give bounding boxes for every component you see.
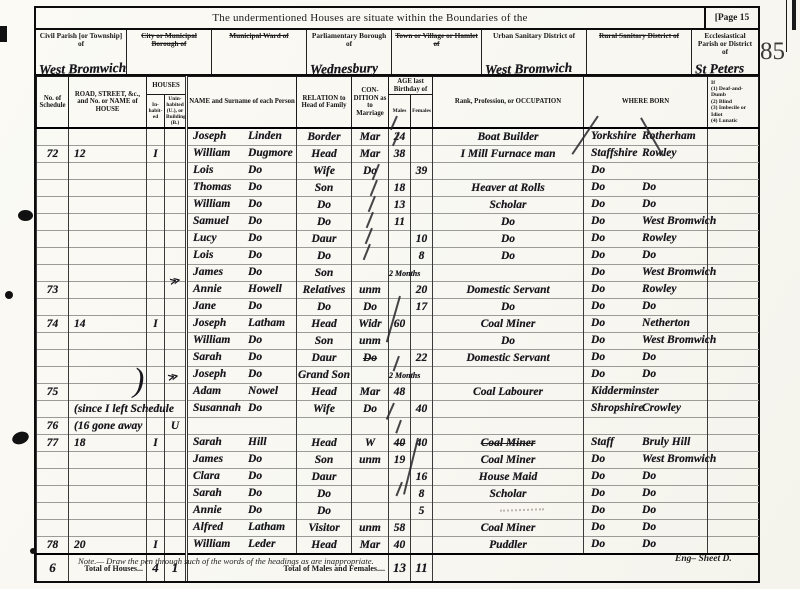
cell-infirmity	[708, 435, 759, 452]
header-relation: RELATION to Head of Family	[297, 77, 352, 129]
district-handwritten-value: St Peters	[695, 60, 745, 77]
table-row: 73 AnnieHowell Relatives unm 20 Domestic…	[37, 282, 759, 299]
cell-age-male	[389, 350, 411, 367]
district-cell: Civil Parish [or Township] of West Bromw…	[36, 30, 126, 74]
cell-infirmity	[708, 197, 759, 214]
ink-blob	[0, 26, 7, 42]
cell-name: JosephLatham	[187, 316, 297, 333]
cell-road: 20	[69, 537, 147, 555]
header-condition: CON-DITION as to Marriage	[352, 77, 389, 129]
cell-name: AlfredLatham	[187, 520, 297, 537]
cell-schedule	[37, 197, 69, 214]
cell-relation: Son	[297, 452, 352, 469]
cell-schedule	[37, 231, 69, 248]
district-label: Civil Parish [or Township] of	[36, 32, 126, 48]
cell-inhabited: I	[147, 146, 165, 163]
cell-schedule	[37, 503, 69, 520]
sheet-label: Eng– Sheet D.	[675, 554, 732, 564]
cell-name: WilliamDugmore	[187, 146, 297, 163]
cell-schedule	[37, 452, 69, 469]
cell-inhabited	[147, 401, 165, 418]
cell-where-born: DoDo	[584, 248, 708, 265]
cell-where-born: DoNetherton	[584, 316, 708, 333]
cell-infirmity	[708, 520, 759, 537]
cell-age-female	[411, 418, 433, 435]
cell-age-male	[389, 299, 411, 316]
table-row: 72 12 I WilliamDugmore Head Mar 38 I Mil…	[37, 146, 759, 163]
cell-age-female	[411, 316, 433, 333]
cell-where-born: DoDo	[584, 299, 708, 316]
cell-relation: Do	[297, 299, 352, 316]
cell-uninhabited	[165, 384, 187, 401]
cell-infirmity	[708, 469, 759, 486]
cell-uninhabited	[165, 520, 187, 537]
cell-road	[69, 452, 147, 469]
cell-occupation: Scholar	[433, 197, 584, 214]
cell-uninhabited	[165, 316, 187, 333]
cell-infirmity	[708, 350, 759, 367]
cell-age-male: 38	[389, 146, 411, 163]
table-row: WilliamDo Son unm Do DoWest Bromwich	[37, 333, 759, 350]
cell-relation: Head	[297, 435, 352, 452]
cell-name: WilliamDo	[187, 197, 297, 214]
cell-uninhabited	[165, 231, 187, 248]
cell-road	[69, 299, 147, 316]
cell-name: JamesDo	[187, 265, 297, 282]
district-label: City or Municipal Borough of	[127, 32, 211, 48]
cell-road	[69, 180, 147, 197]
cell-condition	[352, 486, 389, 503]
cell-age-female: 22	[411, 350, 433, 367]
cell-occupation: Coal Miner	[433, 316, 584, 333]
cell-infirmity	[708, 316, 759, 333]
total-schedules: 6	[37, 554, 69, 581]
cell-uninhabited	[165, 537, 187, 555]
cell-infirmity	[708, 282, 759, 299]
cell-age-male: 48	[389, 384, 411, 401]
cell-occupation: Domestic Servant	[433, 282, 584, 299]
cell-age-female	[411, 146, 433, 163]
cell-uninhabited	[165, 248, 187, 265]
cell-name: JaneDo	[187, 299, 297, 316]
handwritten-brace: )	[133, 366, 144, 396]
table-row: 74 14 I JosephLatham Head Widr 60 Coal M…	[37, 316, 759, 333]
cell-age-male: 58	[389, 520, 411, 537]
cell-road	[69, 333, 147, 350]
cell-uninhabited	[165, 469, 187, 486]
cell-where-born: DoDo	[584, 350, 708, 367]
cell-uninhabited	[165, 214, 187, 231]
cell-occupation	[433, 163, 584, 180]
cell-inhabited	[147, 452, 165, 469]
table-row: ClaraDo Daur 16 House Maid DoDo	[37, 469, 759, 486]
cell-relation: Head	[297, 384, 352, 401]
cell-relation: Wife	[297, 163, 352, 180]
district-cell: Parliamentary Borough of Wednesbury	[306, 30, 391, 74]
cell-uninhabited	[165, 146, 187, 163]
insertion-mark: ≫	[167, 371, 180, 384]
cell-inhabited	[147, 418, 165, 435]
cell-occupation: Domestic Servant	[433, 350, 584, 367]
cell-inhabited	[147, 350, 165, 367]
cell-where-born: DoWest Bromwich	[584, 214, 708, 231]
cell-road	[69, 520, 147, 537]
district-label: Urban Sanitary District of	[482, 32, 586, 40]
cell-name: JosephDo	[187, 367, 297, 384]
cell-relation: Daur	[297, 350, 352, 367]
census-table: No. of Schedule ROAD, STREET, &c., and N…	[36, 76, 759, 581]
cell-condition: unm	[352, 282, 389, 299]
cell-relation: Relatives	[297, 282, 352, 299]
cell-age-female	[411, 367, 433, 384]
cell-age-female: 8	[411, 248, 433, 265]
cell-age-female: 17	[411, 299, 433, 316]
scan-edge-mark	[792, 0, 796, 30]
cell-infirmity	[708, 486, 759, 503]
cell-age-male: 2 Months	[389, 367, 411, 384]
table-row: ThomasDo Son 18 Heaver at Rolls DoDo	[37, 180, 759, 197]
cell-infirmity	[708, 333, 759, 350]
cell-age-male	[389, 231, 411, 248]
table-row: JamesDo Son unm 19 Coal Miner DoWest Bro…	[37, 452, 759, 469]
cell-where-born: Kidderminster	[584, 384, 708, 401]
cell-condition	[352, 265, 389, 282]
cell-relation: Wife	[297, 401, 352, 418]
cell-schedule	[37, 163, 69, 180]
cell-name: AnnieHowell	[187, 282, 297, 299]
cell-relation: Son	[297, 333, 352, 350]
cell-infirmity	[708, 163, 759, 180]
cell-condition: unm	[352, 452, 389, 469]
cell-condition: W	[352, 435, 389, 452]
table-row: (since I left Schedule SusannahDo Wife D…	[37, 401, 759, 418]
cell-age-female	[411, 197, 433, 214]
cell-occupation: Do	[433, 333, 584, 350]
cell-age-female	[411, 384, 433, 401]
cell-where-born: DoWest Bromwich	[584, 333, 708, 350]
cell-inhabited	[147, 248, 165, 265]
cell-schedule	[37, 469, 69, 486]
cell-condition: Mar	[352, 537, 389, 555]
cell-age-female: 20	[411, 282, 433, 299]
cell-name: AnnieDo	[187, 503, 297, 520]
cell-uninhabited	[165, 350, 187, 367]
district-label: Parliamentary Borough of	[307, 32, 391, 48]
header-houses-group: HOUSES	[147, 77, 187, 95]
cell-name: AdamNowel	[187, 384, 297, 401]
footnote: Note.— Draw the pen through such of the …	[78, 556, 374, 566]
cell-uninhabited	[165, 486, 187, 503]
cell-relation: Do	[297, 486, 352, 503]
cell-inhabited	[147, 214, 165, 231]
district-label: Town or Village or Hamlet of	[392, 32, 481, 48]
cell-occupation: Coal Miner	[433, 452, 584, 469]
cell-where-born: DoDo	[584, 537, 708, 555]
cell-relation	[297, 418, 352, 435]
table-row: LucyDo Daur 10 Do DoRowley	[37, 231, 759, 248]
cell-condition: Do	[352, 163, 389, 180]
cell-age-female	[411, 333, 433, 350]
cell-schedule	[37, 180, 69, 197]
cell-schedule	[37, 248, 69, 265]
cell-age-male: 18	[389, 180, 411, 197]
cell-name: JamesDo	[187, 452, 297, 469]
cell-schedule	[37, 401, 69, 418]
insertion-mark: ≫	[169, 275, 182, 288]
cell-infirmity	[708, 146, 759, 163]
cell-schedule: 76	[37, 418, 69, 435]
cell-occupation	[433, 265, 584, 282]
cell-road	[69, 282, 147, 299]
cell-name: SarahDo	[187, 350, 297, 367]
cell-age-male: 40	[389, 537, 411, 555]
cell-where-born	[584, 418, 708, 435]
cell-name: SarahHill	[187, 435, 297, 452]
cell-infirmity	[708, 367, 759, 384]
cell-schedule	[37, 486, 69, 503]
cell-age-male	[389, 503, 411, 520]
cell-age-male	[389, 163, 411, 180]
header-females: Females	[411, 95, 433, 129]
district-label: Ecclesiastical Parish or District of	[692, 32, 758, 56]
cell-road	[69, 503, 147, 520]
cell-uninhabited	[165, 452, 187, 469]
cell-name: LoisDo	[187, 248, 297, 265]
cell-infirmity	[708, 248, 759, 265]
cell-condition	[352, 248, 389, 265]
cell-age-female: 8	[411, 486, 433, 503]
district-cell: City or Municipal Borough of	[126, 30, 211, 74]
page-number-box: [Page 15	[704, 8, 758, 28]
total-males: 13	[389, 554, 411, 581]
paper-background: The undermentioned Houses are situate wi…	[0, 0, 800, 589]
header-infirmity: If (1) Deaf-and-Dumb (2) Blind (3) Imbec…	[708, 77, 759, 129]
cell-condition: Do	[352, 401, 389, 418]
cell-where-born: StaffBruly Hill	[584, 435, 708, 452]
cell-name: SarahDo	[187, 486, 297, 503]
cell-road	[69, 469, 147, 486]
cell-where-born: DoDo	[584, 503, 708, 520]
cell-age-female	[411, 180, 433, 197]
cell-occupation: I Mill Furnace man	[433, 146, 584, 163]
cell-age-male: 13	[389, 197, 411, 214]
cell-road	[69, 248, 147, 265]
cell-age-male: 19	[389, 452, 411, 469]
cell-relation: Head	[297, 146, 352, 163]
cell-where-born: DoRowley	[584, 282, 708, 299]
cell-road	[69, 486, 147, 503]
cell-infirmity	[708, 503, 759, 520]
cell-occupation: House Maid	[433, 469, 584, 486]
header-name: NAME and Surname of each Person	[187, 77, 297, 129]
cell-road: 18	[69, 435, 147, 452]
cell-name: SusannahDo	[187, 401, 297, 418]
cell-name: SamuelDo	[187, 214, 297, 231]
district-handwritten-value: West Bromwich	[39, 60, 127, 78]
header-uninhabited: Unin-habited (U.), or Building (B.)	[165, 95, 187, 129]
cell-occupation: Coal Labourer	[433, 384, 584, 401]
cell-age-female	[411, 537, 433, 555]
cell-relation: Daur	[297, 231, 352, 248]
cell-infirmity	[708, 128, 759, 146]
cell-inhabited: I	[147, 435, 165, 452]
cell-where-born: DoDo	[584, 180, 708, 197]
cell-age-male: 11	[389, 214, 411, 231]
cell-age-female	[411, 214, 433, 231]
header-occupation: Rank, Profession, or OCCUPATION	[433, 77, 584, 129]
cell-schedule	[37, 128, 69, 146]
cell-road: (16 gone away	[69, 418, 147, 435]
cell-inhabited	[147, 180, 165, 197]
cell-name: LucyDo	[187, 231, 297, 248]
cell-inhabited: I	[147, 537, 165, 555]
cell-schedule: 77	[37, 435, 69, 452]
cell-schedule	[37, 265, 69, 282]
ink-blob	[10, 429, 30, 446]
cell-inhabited	[147, 333, 165, 350]
header-where-born: WHERE BORN	[584, 77, 708, 129]
cell-age-female: 5	[411, 503, 433, 520]
column-headers: No. of Schedule ROAD, STREET, &c., and N…	[37, 77, 759, 129]
cell-schedule	[37, 350, 69, 367]
header-road: ROAD, STREET, &c., and No. or NAME of HO…	[69, 77, 147, 129]
ink-blob	[18, 210, 33, 221]
table-row: LoisDo Do 8 Do DoDo	[37, 248, 759, 265]
cell-name: ClaraDo	[187, 469, 297, 486]
cell-relation: Do	[297, 503, 352, 520]
cell-condition: unm	[352, 333, 389, 350]
cell-infirmity	[708, 401, 759, 418]
cell-relation: Border	[297, 128, 352, 146]
cell-where-born: DoDo	[584, 367, 708, 384]
cell-relation: Grand Son	[297, 367, 352, 384]
header-age-group: AGE last Birthday of	[389, 77, 433, 95]
cell-name: WilliamLeder	[187, 537, 297, 555]
cell-infirmity	[708, 452, 759, 469]
cell-schedule	[37, 214, 69, 231]
cell-where-born: DoWest Bromwich	[584, 452, 708, 469]
form-title: The undermentioned Houses are situate wi…	[36, 12, 704, 24]
cell-inhabited	[147, 299, 165, 316]
cell-schedule	[37, 333, 69, 350]
cell-schedule: 74	[37, 316, 69, 333]
cell-relation: Daur	[297, 469, 352, 486]
cell-where-born: DoRowley	[584, 231, 708, 248]
census-form: The undermentioned Houses are situate wi…	[34, 6, 760, 583]
cell-occupation: Boat Builder	[433, 128, 584, 146]
district-label: Rural Sanitary District of	[587, 32, 691, 40]
cell-age-female	[411, 520, 433, 537]
cell-uninhabited	[165, 180, 187, 197]
cell-occupation: Coal Miner	[433, 435, 584, 452]
district-cell: Rural Sanitary District of	[586, 30, 691, 74]
district-cell: Urban Sanitary District of West Bromwich	[481, 30, 586, 74]
cell-where-born: DoWest Bromwich	[584, 265, 708, 282]
table-row: JosephDo Grand Son 2 Months DoDo	[37, 367, 759, 384]
cell-road	[69, 214, 147, 231]
district-header: Civil Parish [or Township] of West Bromw…	[36, 30, 758, 76]
district-cell: Ecclesiastical Parish or District of St …	[691, 30, 758, 74]
cell-where-born: DoDo	[584, 486, 708, 503]
cell-age-male	[389, 333, 411, 350]
district-handwritten-value: Wednesbury	[310, 60, 378, 78]
cell-relation: Do	[297, 197, 352, 214]
census-scan-page: { "page": { "title": "The undermentioned…	[0, 0, 800, 589]
cell-infirmity	[708, 418, 759, 435]
cell-age-female	[411, 265, 433, 282]
cell-infirmity	[708, 537, 759, 555]
cell-condition: Mar	[352, 384, 389, 401]
cell-road	[69, 163, 147, 180]
cell-uninhabited	[165, 197, 187, 214]
cell-condition	[352, 418, 389, 435]
cell-inhabited	[147, 265, 165, 282]
cell-schedule: 78	[37, 537, 69, 555]
cell-inhabited	[147, 384, 165, 401]
cell-where-born: DoDo	[584, 469, 708, 486]
cell-occupation: Scholar	[433, 486, 584, 503]
cell-condition	[352, 503, 389, 520]
cell-where-born: YorkshireRotherham	[584, 128, 708, 146]
cell-age-female: 16	[411, 469, 433, 486]
cell-uninhabited	[165, 435, 187, 452]
cell-relation: Son	[297, 180, 352, 197]
cell-where-born: Do	[584, 163, 708, 180]
cell-infirmity	[708, 231, 759, 248]
cell-relation: Head	[297, 537, 352, 555]
cell-schedule: 72	[37, 146, 69, 163]
cell-occupation: Do	[433, 248, 584, 265]
cell-condition: Do	[352, 350, 389, 367]
table-row: AlfredLatham Visitor unm 58 Coal Miner D…	[37, 520, 759, 537]
cell-inhabited	[147, 486, 165, 503]
cell-uninhabited	[165, 503, 187, 520]
folio-number: 85	[760, 38, 785, 66]
cell-age-male	[389, 248, 411, 265]
cell-relation: Do	[297, 214, 352, 231]
scan-edge-mark	[786, 0, 787, 52]
cell-uninhabited	[165, 333, 187, 350]
cell-road: (since I left Schedule	[69, 401, 147, 418]
cell-occupation: Do	[433, 231, 584, 248]
cell-road: 14	[69, 316, 147, 333]
cell-inhabited	[147, 520, 165, 537]
cell-road	[69, 197, 147, 214]
table-row: AnnieDo Do 5 DoDo	[37, 503, 759, 520]
cell-relation: Head	[297, 316, 352, 333]
cell-occupation: Heaver at Rolls	[433, 180, 584, 197]
cell-age-male: 40	[389, 435, 411, 452]
cell-road	[69, 265, 147, 282]
cell-inhabited	[147, 469, 165, 486]
header-schedule: No. of Schedule	[37, 77, 69, 129]
cell-occupation: Do	[433, 299, 584, 316]
cell-road: 12	[69, 146, 147, 163]
cell-occupation: Coal Miner	[433, 520, 584, 537]
cell-name: JosephLinden	[187, 128, 297, 146]
cell-name: ThomasDo	[187, 180, 297, 197]
cell-where-born: ShropshireCrowley	[584, 401, 708, 418]
cell-condition: Widr	[352, 316, 389, 333]
cell-relation: Son	[297, 265, 352, 282]
district-handwritten-value: West Bromwich	[485, 60, 573, 78]
cell-inhabited	[147, 231, 165, 248]
cell-infirmity	[708, 299, 759, 316]
cell-inhabited	[147, 503, 165, 520]
table-row: JamesDo Son 2 Months DoWest Bromwich	[37, 265, 759, 282]
table-row: WilliamDo Do 13 Scholar DoDo	[37, 197, 759, 214]
table-row: 78 20 I WilliamLeder Head Mar 40 Puddler…	[37, 537, 759, 555]
